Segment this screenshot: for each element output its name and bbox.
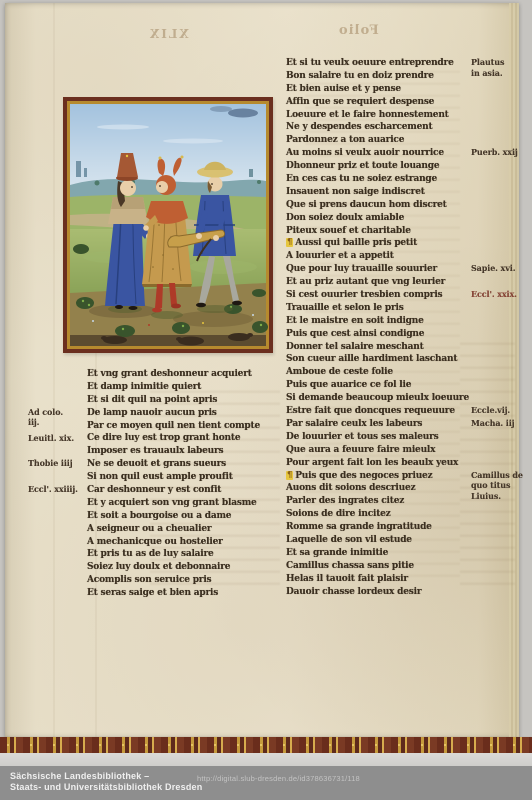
text-line: Soiez luy doulx et debonnaire xyxy=(87,561,277,574)
text-line: Puis que cest ainsi condigne xyxy=(286,328,476,341)
footer-bar: Sächsische Landesbibliothek – Staats- un… xyxy=(0,766,532,800)
text-line: En ces cas tu ne soiez estrange xyxy=(286,173,476,186)
text-line: A louurier et a appetit xyxy=(286,250,476,263)
text-line: Ne se deuoit et grans sueurs xyxy=(87,458,277,471)
paragraph-mark: ¶ xyxy=(286,471,293,480)
text-line: Et pris tu as de luy salaire xyxy=(87,548,277,561)
text-line: Si cest ouurier tresbien compris xyxy=(286,289,476,302)
text-line: Et damp inimitie quiert xyxy=(87,381,277,394)
margin-note: Leuitl. xix. xyxy=(28,433,74,444)
text-line: Helas il tauoit fait plaisir xyxy=(286,573,476,586)
text-line: Romme sa grande ingratitude xyxy=(286,521,476,534)
text-line: Amboue de ceste folie xyxy=(286,366,476,379)
library-name-line1: Sächsische Landesbibliothek – xyxy=(10,771,202,782)
text-line: Auons dit soions descriuez xyxy=(286,482,476,495)
text-line: Car deshonneur y est confit xyxy=(87,484,277,497)
text-line: Et si dit quil na point apris xyxy=(87,394,277,407)
text-line: De lamp nauoir aucun pris xyxy=(87,407,277,420)
miniature-illustration xyxy=(63,97,273,353)
text-line: Que si prens daucun hom discret xyxy=(286,199,476,212)
margin-note: Macha. iij xyxy=(471,418,514,429)
text-line: Acomplis son seruice pris xyxy=(87,574,277,587)
library-name-line2: Staats- und Universitätsbibliothek Dresd… xyxy=(10,782,202,793)
text-line: Et y acquiert son vng grant blasme xyxy=(87,497,277,510)
gilt-book-edge xyxy=(0,737,532,753)
folio-number-showthrough: XLIX xyxy=(148,27,189,41)
text-line: Et soit a bourgoise ou a dame xyxy=(87,510,277,523)
margin-note: Camillus dequo titusLiuius. xyxy=(471,470,523,502)
text-line: Et au priz autant que vng leurier xyxy=(286,276,476,289)
text-line: De louurier et tous ses maleurs xyxy=(286,431,476,444)
text-line: Si demande beaucoup mieulx loeuure xyxy=(286,392,476,405)
text-line: Piteux souef et charitable xyxy=(286,225,476,238)
digital-url: http://digital.slub-dresden.de/id3786367… xyxy=(197,774,360,783)
text-line: Et seras saige et bien apris xyxy=(87,587,277,600)
text-line: Par ce moyen quil nen tient compte xyxy=(87,420,277,433)
text-line: Et si tu veulx oeuure entreprendre xyxy=(286,57,476,70)
text-line: Que aura a feuure faire mieulx xyxy=(286,444,476,457)
text-line: ¶Aussi qui baille pris petit xyxy=(286,237,476,250)
text-line: Son cueur aille hardiment laschant xyxy=(286,353,476,366)
text-line: Camillus chassa sans pitie xyxy=(286,560,476,573)
text-column-right: Et si tu veulx oeuure entreprendre Bon s… xyxy=(286,57,476,598)
text-line: Imposer es trauaulx labeurs xyxy=(87,445,277,458)
margin-note: Plautusin asia. xyxy=(471,57,504,78)
text-line: Et vng grant deshonneur acquiert xyxy=(87,368,277,381)
text-line: Parler des ingrates citez xyxy=(286,495,476,508)
text-line: Estre fait que doncques requeuure xyxy=(286,405,476,418)
text-line: Si non quil eust ample proufit xyxy=(87,471,277,484)
margin-note: Sapie. xvi. xyxy=(471,263,515,274)
margin-note: Eccl'. xxiiij. xyxy=(28,484,78,495)
page-crease xyxy=(53,3,55,738)
backdrop-strip xyxy=(0,753,532,766)
text-line: Et sa grande inimitie xyxy=(286,547,476,560)
text-line: A mechanicque ou hostelier xyxy=(87,536,277,549)
text-line: Et le maistre en soit indigne xyxy=(286,315,476,328)
text-line: Don soiez doulx amiable xyxy=(286,212,476,225)
text-line: Affin que se requiert despense xyxy=(286,96,476,109)
margin-note: Thobie iiij xyxy=(28,458,73,469)
text-line: A seigneur ou a cheualier xyxy=(87,523,277,536)
text-line: Dhonneur priz et toute louange xyxy=(286,160,476,173)
text-line: Loeuure et le faire honnestement xyxy=(286,109,476,122)
text-line: Au moins si veulx auoir nourrice xyxy=(286,147,476,160)
text-line: Et bien auise et y pense xyxy=(286,83,476,96)
text-line: Bon salaire tu en doiz prendre xyxy=(286,70,476,83)
text-line: Insauent non saige indiscret xyxy=(286,186,476,199)
text-line: Ne y despendes escharcement xyxy=(286,121,476,134)
paragraph-mark: ¶ xyxy=(286,238,293,247)
margin-note: Eccl'. xxix. xyxy=(471,289,517,300)
text-line: Que pour luy trauaille souurier xyxy=(286,263,476,276)
text-line: Pour argent fait lon les beaulx yeux xyxy=(286,457,476,470)
text-column-left: Et vng grant deshonneur acquiert Et damp… xyxy=(87,368,277,600)
margin-note: Puerb. xxij xyxy=(471,147,518,158)
library-name: Sächsische Landesbibliothek – Staats- un… xyxy=(10,771,202,792)
digitized-manuscript-photo: XLIX Folio xyxy=(0,0,532,800)
text-line: Laquelle de son vil estude xyxy=(286,534,476,547)
folio-word-showthrough: Folio xyxy=(338,23,379,38)
margin-note: Ad colo.iij. xyxy=(28,407,63,428)
margin-note: Eccle.vij. xyxy=(471,405,510,416)
text-line: ¶Puis que des negoces priuez xyxy=(286,470,476,483)
text-line: Par salaire ceulx les labeurs xyxy=(286,418,476,431)
text-line: Soions de dire incitez xyxy=(286,508,476,521)
text-line: Trauaille et selon le pris xyxy=(286,302,476,315)
text-line: Ce dire luy est trop grant honte xyxy=(87,432,277,445)
text-line: Puis que auarice ce fol lie xyxy=(286,379,476,392)
text-line: Pardonnez a ton auarice xyxy=(286,134,476,147)
text-line: Dauoir chasse lordeux desir xyxy=(286,586,476,599)
text-line: Donner tel salaire meschant xyxy=(286,341,476,354)
